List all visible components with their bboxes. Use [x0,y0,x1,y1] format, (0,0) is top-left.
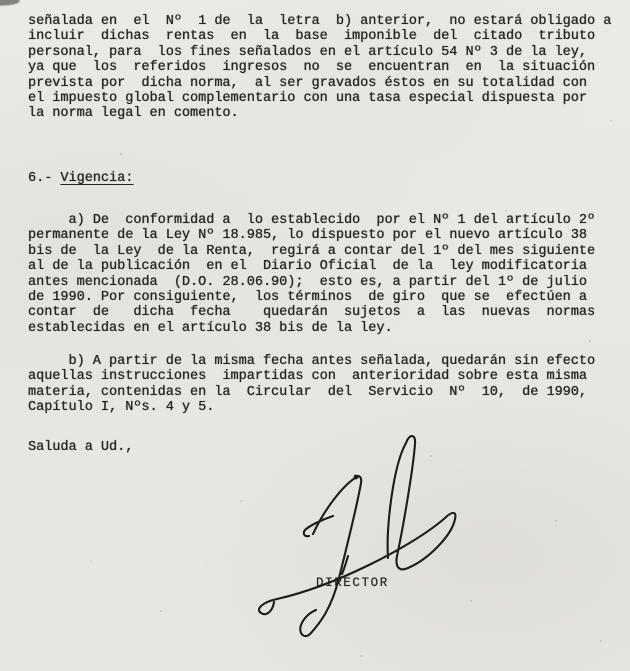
scan-edge-smudge [0,0,20,6]
signature-stroke-left [300,476,361,636]
paragraph-a-vigencia: a) De conformidad a lo establecido por e… [28,213,595,336]
paragraph-intro: señalada en el Nº 1 de la letra b) anter… [28,14,611,122]
scan-noise-speckles [0,0,2,2]
text-line: señalada en el Nº 1 de la letra b) anter… [28,14,611,29]
text-line: de 1990. Por consiguiente, los términos … [28,290,595,305]
text-line: incluir dichas rentas en la base imponib… [28,29,611,44]
section-title: Vigencia: [60,171,133,186]
paragraph-b-vigencia: b) A partir de la misma fecha antes seña… [28,354,595,416]
handwritten-signature [245,428,515,671]
signature-ink-dot [354,475,359,480]
text-line: establecidas en el artículo 38 bis de la… [28,321,595,336]
text-line: permanente de la Ley Nº 18.985, lo dispu… [28,228,595,243]
section-number: 6.- [28,171,60,186]
text-line: la norma legal en comento. [28,106,611,121]
text-line: al de la publicación en el Diario Oficia… [28,259,595,274]
text-line: antes mencionada (D.O. 28.06.90); esto e… [28,275,595,290]
text-line: Capítulo I, Nºs. 4 y 5. [28,400,595,415]
text-line: ya que los referidos ingresos no se encu… [28,60,611,75]
section-heading-vigencia: 6.- Vigencia: [28,171,133,186]
text-line: bis de la Ley de la Renta, regirá a cont… [28,244,595,259]
text-line: contar de dicha fecha quedarán sujetos a… [28,305,595,320]
closing-salutation: Saluda a Ud., [28,440,133,455]
text-line: a) De conformidad a lo establecido por e… [28,213,595,228]
text-line: aquellas instrucciones impartidas con an… [28,369,595,384]
text-line: materia, contenidas en la Circular del S… [28,385,595,400]
text-line: prevista por dicha norma, al ser gravado… [28,76,611,91]
scanned-letter-page: señalada en el Nº 1 de la letra b) anter… [0,0,630,671]
signature-stroke-tick [342,556,348,574]
text-line: b) A partir de la misma fecha antes seña… [28,354,595,369]
text-line: personal, para los fines señalados en el… [28,45,611,60]
text-line: el impuesto global complementario con un… [28,91,611,106]
signature-title: DIRECTOR [316,576,389,590]
signature-stroke-hook [304,516,333,536]
